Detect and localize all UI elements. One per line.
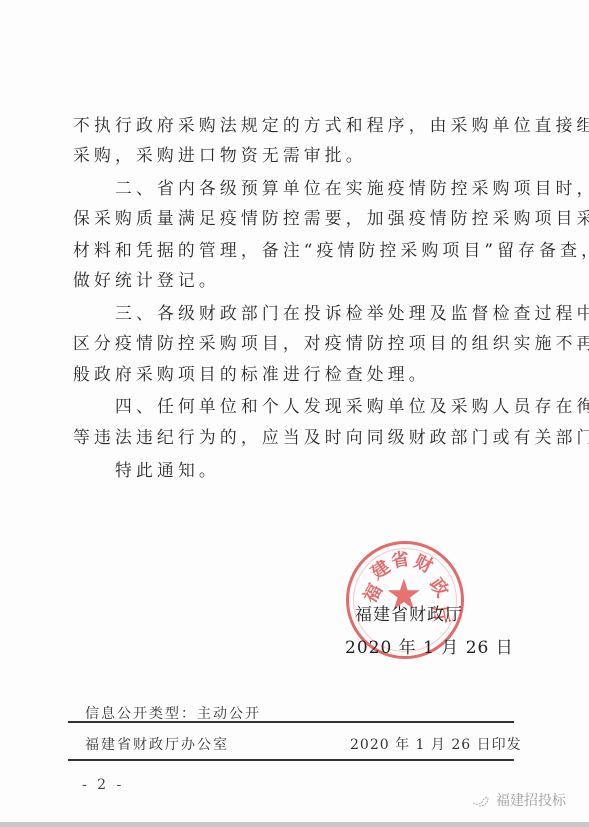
text-line: 不执行政府采购法规定的方式和程序，由采购单位直接组织实施 (73, 115, 589, 135)
document-page: 不执行政府采购法规定的方式和程序，由采购单位直接组织实施 采购，采购进口物资无需… (0, 0, 589, 820)
issue-date: 2020 年 1 月 26 日印发 (350, 734, 522, 754)
disclosure-type: 信息公开类型：主动公开 (85, 703, 261, 723)
text-line: 般政府采购项目的标准进行检查处理。 (73, 364, 430, 384)
text-line: 等违法违纪行为的，应当及时向同级财政部门或有关部门举报。 (73, 427, 589, 447)
divider (68, 721, 514, 723)
text-line: 材料和凭据的管理，备注“疫情防控采购项目”留存备查，事后 (73, 240, 589, 260)
bottom-edge (0, 822, 589, 827)
closing-text: 特此通知。 (115, 460, 220, 480)
wechat-bird-icon (472, 794, 492, 808)
text-line: 二、省内各级预算单位在实施疫情防控采购项目时，应当确 (115, 178, 589, 198)
signing-date: 2020 年 1 月 26 日 (345, 633, 514, 658)
text-line: 四、任何单位和个人发现采购单位及采购人员存在徇私舞弊 (115, 396, 589, 416)
issuing-office: 福建省财政厅办公室 (85, 734, 229, 754)
divider (68, 759, 514, 761)
text-line: 保采购质量满足疫情防控需要，加强疫情防控采购项目采购过程 (73, 208, 589, 228)
text-line: 三、各级财政部门在投诉检举处理及监督检查过程中，应当 (115, 303, 589, 323)
text-line: 采购，采购进口物资无需审批。 (73, 145, 367, 165)
page-number: - 2 - (82, 777, 124, 793)
text-line: 做好统计登记。 (73, 270, 220, 290)
text-line: 区分疫情防控采购项目，对疫情防控项目的组织实施不再按照一 (73, 333, 589, 353)
watermark-text: 福建招投标 (496, 793, 566, 809)
watermark: 福建招投标 (472, 790, 566, 810)
signing-organization: 福建省财政厅 (355, 600, 463, 625)
